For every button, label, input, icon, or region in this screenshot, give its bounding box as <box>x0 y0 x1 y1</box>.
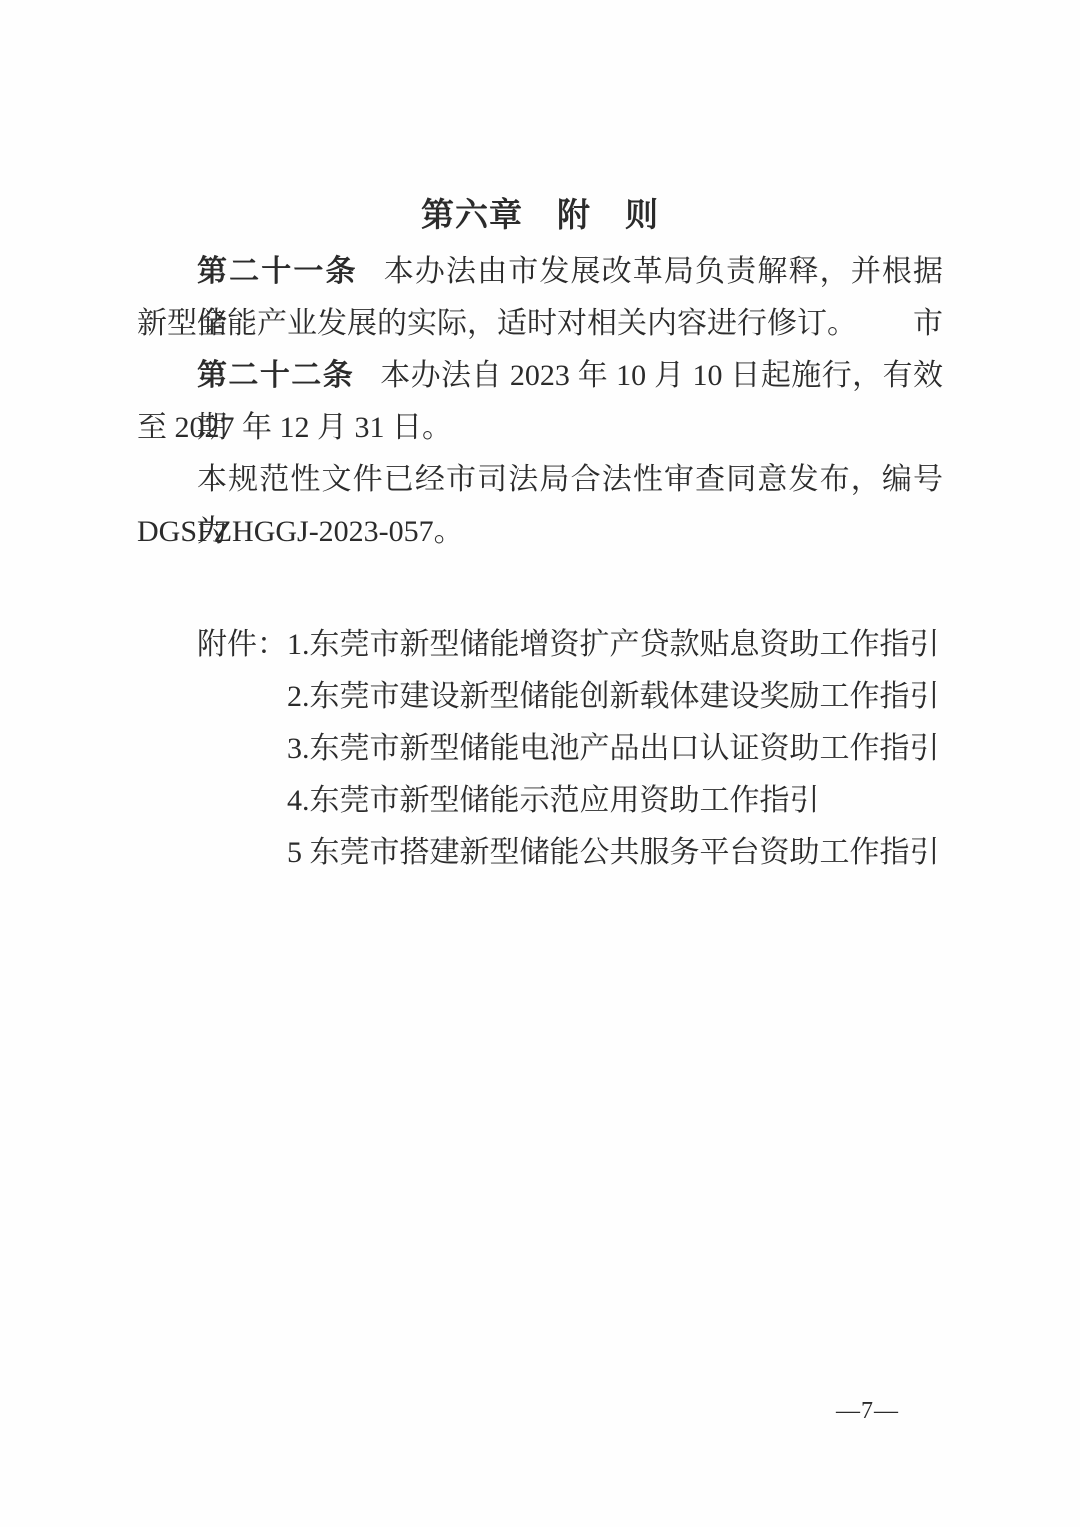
page-number: —7— <box>836 1398 899 1425</box>
body-text: 第二十一条本办法由市发展改革局负责解释，并根据全市 新型储能产业发展的实际，适时… <box>137 246 943 879</box>
article-22-line-2: 至 2027 年 12 月 31 日。 <box>137 402 943 454</box>
legality-note-text-2: DGSFZHGGJ-2023-057。 <box>137 515 464 548</box>
attachment-item-5: 5 东莞市搭建新型储能公共服务平台资助工作指引 <box>287 827 943 879</box>
chapter-heading: 第六章 附 则 <box>137 193 943 237</box>
article-22-text-2: 至 2027 年 12 月 31 日。 <box>137 411 452 444</box>
attachments-block: 附件： 1.东莞市新型储能增资扩产贷款贴息资助工作指引 2.东莞市建设新型储能创… <box>137 619 943 879</box>
attachment-item-2: 2.东莞市建设新型储能创新载体建设奖励工作指引 <box>287 671 943 723</box>
attachment-item-3: 3.东莞市新型储能电池产品出口认证资助工作指引 <box>287 723 943 775</box>
article-22-line-1: 第二十二条本办法自 2023 年 10 月 10 日起施行，有效期 <box>137 350 943 402</box>
attachments-label: 附件： <box>137 619 287 671</box>
article-21-line-2: 新型储能产业发展的实际，适时对相关内容进行修订。 <box>137 298 943 350</box>
article-21-term: 第二十一条 <box>197 255 358 288</box>
article-22-term: 第二十二条 <box>197 359 354 392</box>
attachment-item-1: 1.东莞市新型储能增资扩产贷款贴息资助工作指引 <box>287 619 943 671</box>
attachments-list: 1.东莞市新型储能增资扩产贷款贴息资助工作指引 2.东莞市建设新型储能创新载体建… <box>287 619 943 879</box>
article-21-text-2: 新型储能产业发展的实际，适时对相关内容进行修订。 <box>137 307 857 340</box>
article-21-line-1: 第二十一条本办法由市发展改革局负责解释，并根据全市 <box>137 246 943 298</box>
attachment-item-4: 4.东莞市新型储能示范应用资助工作指引 <box>287 775 943 827</box>
document-content: 第六章 附 则 第二十一条本办法由市发展改革局负责解释，并根据全市 新型储能产业… <box>137 190 943 879</box>
document-page: 第六章 附 则 第二十一条本办法由市发展改革局负责解释，并根据全市 新型储能产业… <box>0 0 1080 1527</box>
legality-note-line-2: DGSFZHGGJ-2023-057。 <box>137 506 943 558</box>
legality-note-line-1: 本规范性文件已经市司法局合法性审查同意发布，编号为 <box>137 454 943 506</box>
